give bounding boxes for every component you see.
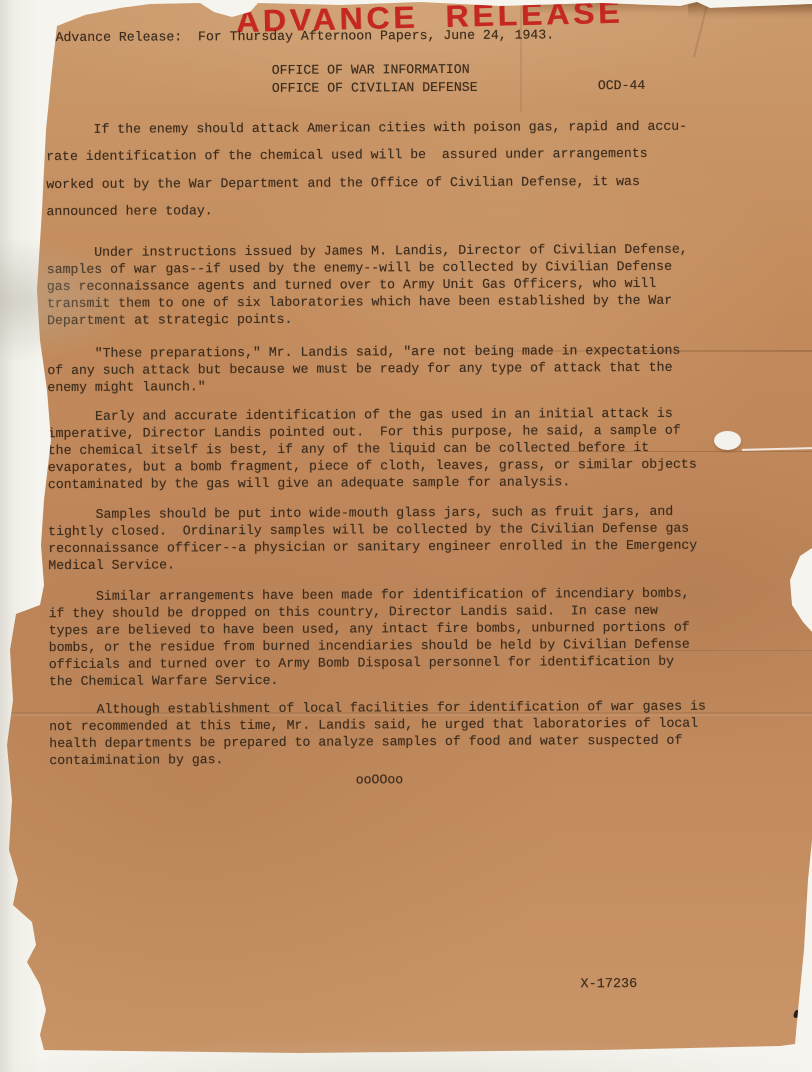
paragraph-7: Although establishment of local faciliti… bbox=[49, 697, 769, 769]
section-divider: ooOOoo bbox=[49, 769, 709, 789]
reference-number: X-17236 bbox=[580, 977, 637, 992]
press-release-body: If the enemy should attack American citi… bbox=[46, 112, 770, 789]
paragraph-6: Similar arrangements have been made for … bbox=[48, 584, 769, 690]
agency-header: OFFICE OF WAR INFORMATIONOFFICE OF CIVIL… bbox=[272, 61, 478, 97]
paragraph-4: Early and accurate identification of the… bbox=[48, 404, 768, 493]
paragraph-5: Samples should be put into wide-mouth gl… bbox=[48, 502, 768, 574]
paragraph-3: "These preparations," Mr. Landis said, "… bbox=[47, 341, 767, 396]
document-number: OCD-44 bbox=[598, 78, 646, 93]
agency-name-ocd: OFFICE OF CIVILIAN DEFENSE bbox=[272, 79, 478, 95]
ink-layer: ADVANCE RELEASE Advance Release: For Thu… bbox=[0, 0, 812, 1072]
release-date-line: Advance Release: For Thursday Afternoon … bbox=[56, 27, 555, 45]
scan-background: ADVANCE RELEASE Advance Release: For Thu… bbox=[0, 0, 812, 1072]
paragraph-2: Under instructions issued by James M. La… bbox=[47, 240, 767, 329]
agency-name-owi: OFFICE OF WAR INFORMATION bbox=[272, 62, 470, 78]
ink-speck bbox=[799, 1022, 802, 1025]
document-page: ADVANCE RELEASE Advance Release: For Thu… bbox=[0, 0, 812, 1072]
paragraph-1: If the enemy should attack American citi… bbox=[46, 112, 767, 225]
